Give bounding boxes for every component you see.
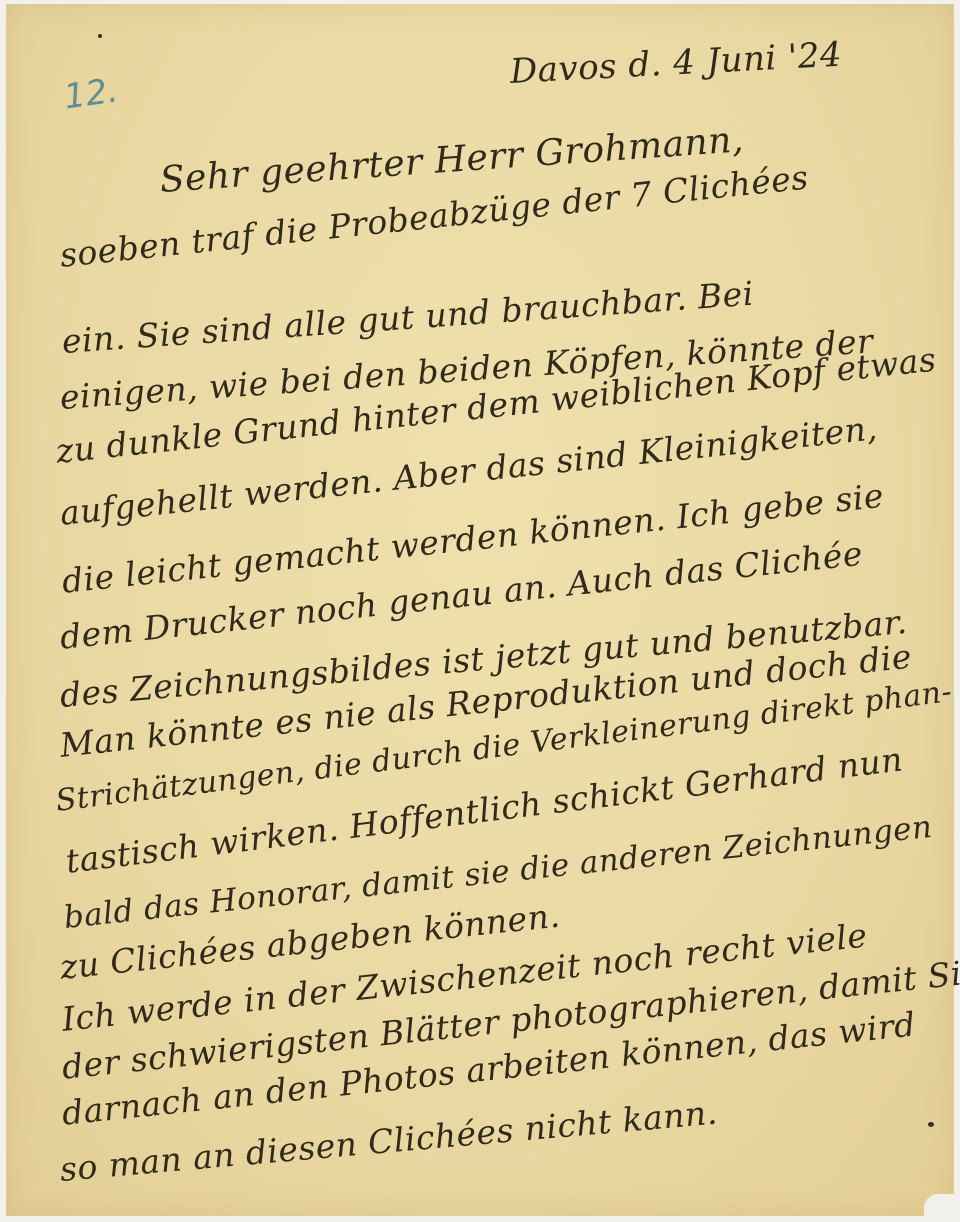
- ink-speck: [98, 34, 102, 38]
- archive-number: 12.: [61, 70, 120, 117]
- ink-speck: [928, 1122, 934, 1127]
- torn-corner: [924, 1194, 954, 1216]
